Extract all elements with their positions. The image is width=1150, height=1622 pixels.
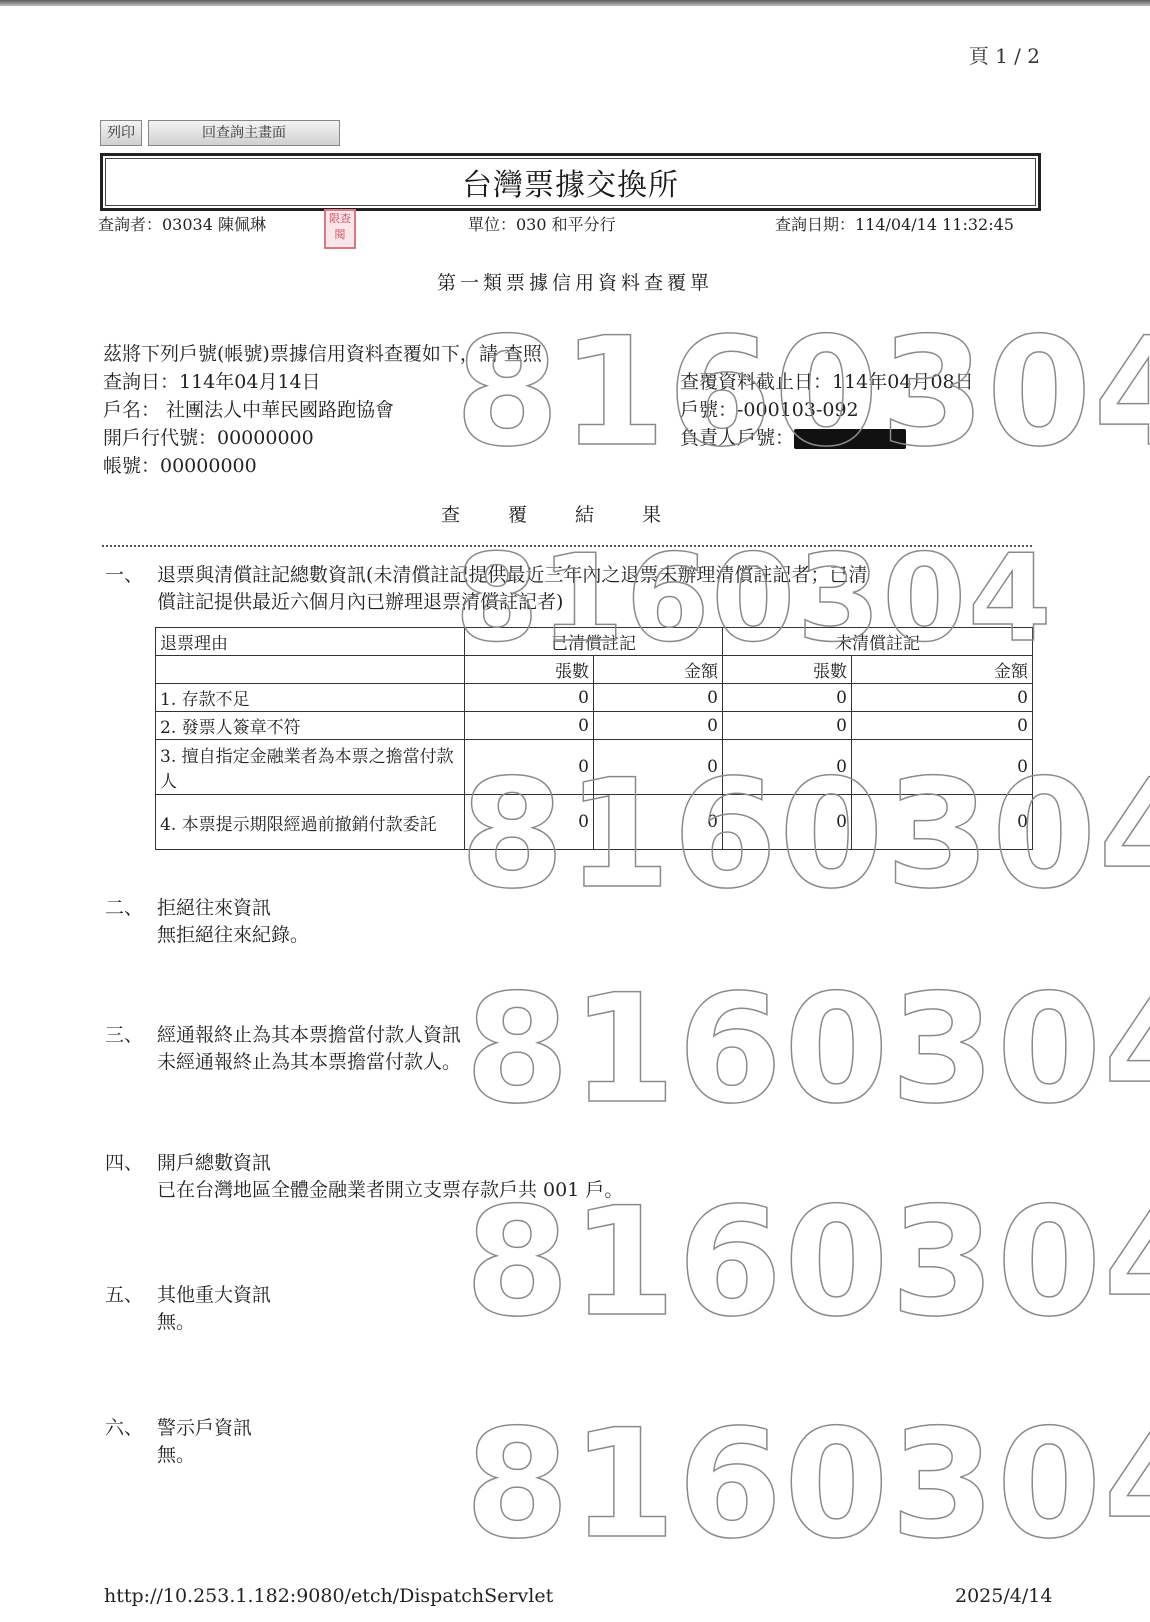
unit: 單位：030 和平分行	[468, 212, 616, 235]
header-count: 張數	[723, 656, 852, 684]
section-title: 拒絕往來資訊	[157, 897, 271, 919]
intro-line: 茲將下列戶號(帳號)票據信用資料查覆如下，請 查照	[103, 340, 542, 368]
cleared-amount: 0	[594, 740, 723, 795]
back-to-main-button[interactable]: 回查詢主畫面	[148, 120, 340, 146]
section-body: 無。	[105, 1309, 271, 1336]
section-body: 未經通報終止為其本票擔當付款人。	[105, 1049, 461, 1076]
info-left: 茲將下列戶號(帳號)票據信用資料查覆如下，請 查照 查詢日：114年04月14日…	[103, 340, 542, 480]
uncleared-count: 0	[723, 740, 852, 795]
section-title: 經通報終止為其本票擔當付款人資訊	[157, 1024, 461, 1046]
section-number: 二、	[105, 895, 157, 922]
reason: 4. 本票提示期限經過前撤銷付款委託	[156, 795, 465, 850]
section-5: 五、其他重大資訊 無。	[105, 1282, 271, 1336]
header-amount: 金額	[594, 656, 723, 684]
watermark: 8160304	[465, 975, 1150, 1125]
cleared-amount: 0	[594, 712, 723, 740]
responsible-label: 負責人戶號：	[680, 427, 794, 449]
print-button[interactable]: 列印	[100, 120, 142, 146]
uncleared-amount: 0	[852, 740, 1033, 795]
page-indicator: 頁 1 / 2	[969, 40, 1040, 69]
cleared-count: 0	[465, 712, 594, 740]
bounced-check-table: 退票理由 已清償註記 未清償註記 張數 金額 張數 金額 1. 存款不足 0 0…	[155, 627, 1033, 850]
household-number: 戶號：-000103-092	[680, 396, 974, 424]
account-name: 戶名： 社團法人中華民國路跑協會	[103, 396, 542, 424]
cleared-count: 0	[465, 740, 594, 795]
uncleared-amount: 0	[852, 712, 1033, 740]
section-number: 五、	[105, 1282, 157, 1309]
uncleared-amount: 0	[852, 795, 1033, 850]
reason: 2. 發票人簽章不符	[156, 712, 465, 740]
table-row: 2. 發票人簽章不符 0 0 0 0	[156, 712, 1033, 740]
section-1: 一、退票與清償註記總數資訊(未清償註記提供最近三年內之退票未辦理清償註記者；已清…	[105, 562, 1025, 616]
result-heading: 查覆結果	[0, 500, 1150, 527]
section-body: 無。	[105, 1442, 252, 1469]
table-row: 1. 存款不足 0 0 0 0	[156, 684, 1033, 712]
uncleared-count: 0	[723, 795, 852, 850]
redaction-bar	[794, 429, 906, 449]
cleared-count: 0	[465, 795, 594, 850]
info-right: 查覆資料截止日：114年04月08日 戶號：-000103-092 負責人戶號：	[680, 368, 974, 452]
section-body: 無拒絕往來紀錄。	[105, 922, 309, 949]
reason: 3. 擅自指定金融業者為本票之擔當付款人	[156, 740, 465, 795]
header-uncleared: 未清償註記	[723, 628, 1033, 656]
header-amount: 金額	[852, 656, 1033, 684]
section-2: 二、拒絕往來資訊 無拒絕往來紀錄。	[105, 895, 309, 949]
section-3: 三、經通報終止為其本票擔當付款人資訊 未經通報終止為其本票擔當付款人。	[105, 1022, 461, 1076]
page-edge	[0, 0, 1150, 6]
section-title: 警示戶資訊	[157, 1417, 252, 1439]
section-text: 退票與清償註記總數資訊(未清償註記提供最近三年內之退票未辦理清償註記者；已清	[157, 564, 867, 586]
subtitle: 第一類票據信用資料查覆單	[0, 268, 1150, 295]
table-row: 3. 擅自指定金融業者為本票之擔當付款人 0 0 0 0	[156, 740, 1033, 795]
watermark: 8160304	[465, 1188, 1150, 1338]
uncleared-count: 0	[723, 684, 852, 712]
watermark: 8160304	[465, 1410, 1150, 1560]
cleared-count: 0	[465, 684, 594, 712]
reason: 1. 存款不足	[156, 684, 465, 712]
section-number: 四、	[105, 1150, 157, 1177]
toolbar: 列印 回查詢主畫面	[100, 120, 340, 146]
inquirer: 查詢者：03034 陳佩琳	[98, 212, 266, 235]
blank-cell	[156, 656, 465, 684]
header-count: 張數	[465, 656, 594, 684]
section-6: 六、警示戶資訊 無。	[105, 1415, 252, 1469]
confidential-stamp: 限查閱	[324, 209, 356, 249]
section-4: 四、開戶總數資訊 已在台灣地區全體金融業者開立支票存款戶共 001 戶。	[105, 1150, 623, 1204]
document-title: 台灣票據交換所	[100, 153, 1041, 211]
cleared-amount: 0	[594, 795, 723, 850]
section-text-cont: 償註記提供最近六個月內已辦理退票清償註記者)	[105, 589, 1025, 616]
header-cleared: 已清償註記	[465, 628, 723, 656]
footer-url: http://10.253.1.182:9080/etch/DispatchSe…	[104, 1585, 553, 1607]
section-title: 其他重大資訊	[157, 1284, 271, 1306]
section-title: 開戶總數資訊	[157, 1152, 271, 1174]
section-number: 一、	[105, 562, 157, 589]
bank-code: 開戶行代號：00000000	[103, 424, 542, 452]
header-reason: 退票理由	[156, 628, 465, 656]
section-body: 已在台灣地區全體金融業者開立支票存款戶共 001 戶。	[105, 1177, 623, 1204]
cleared-amount: 0	[594, 684, 723, 712]
data-cutoff: 查覆資料截止日：114年04月08日	[680, 368, 974, 396]
query-date: 查詢日：114年04月14日	[103, 368, 542, 396]
divider	[102, 545, 1032, 547]
uncleared-count: 0	[723, 712, 852, 740]
table-row: 4. 本票提示期限經過前撤銷付款委託 0 0 0 0	[156, 795, 1033, 850]
query-datetime: 查詢日期：114/04/14 11:32:45	[775, 212, 1014, 235]
account-number: 帳號：00000000	[103, 452, 542, 480]
footer-date: 2025/4/14	[955, 1585, 1052, 1607]
responsible-id: 負責人戶號：	[680, 424, 974, 452]
uncleared-amount: 0	[852, 684, 1033, 712]
section-number: 三、	[105, 1022, 157, 1049]
section-number: 六、	[105, 1415, 157, 1442]
